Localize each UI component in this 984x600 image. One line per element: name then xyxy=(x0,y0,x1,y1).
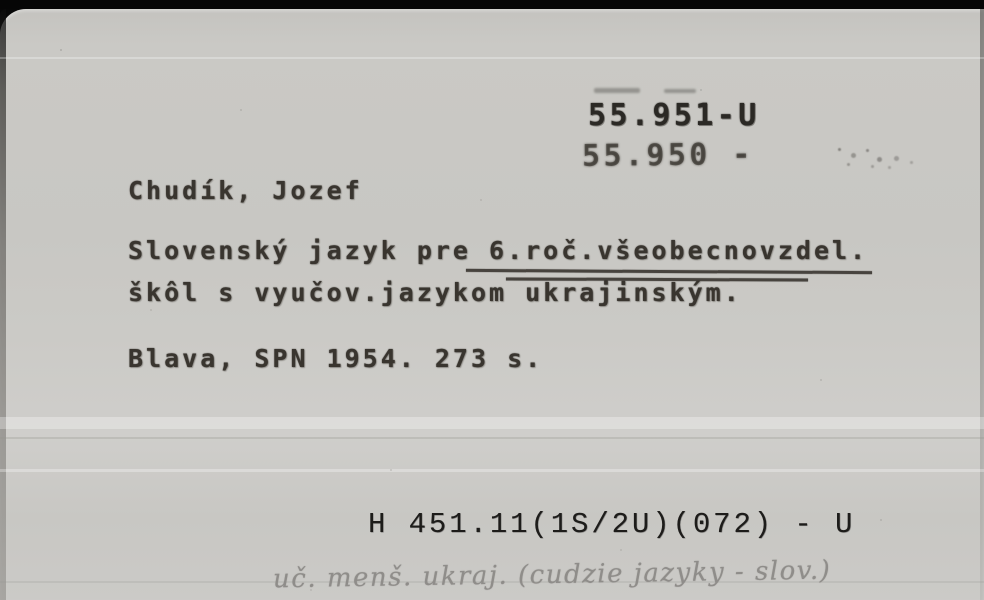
scan-right-edge xyxy=(980,9,984,600)
scan-top-edge xyxy=(0,0,984,9)
catalog-card: 55.951-U 55.950 - Chudík, Jozef Slovensk… xyxy=(0,9,984,600)
title-line-2-underlined: ukrajinským. xyxy=(525,278,742,307)
title-line-1-text: Slovenský jazyk pre xyxy=(128,236,489,265)
title-line-1-underlined: 6.roč.všeobecnovzdel. xyxy=(489,236,868,265)
classification-number-primary: 55.951-U xyxy=(588,98,760,133)
paper-crease xyxy=(0,469,984,472)
call-number: H 451.11(1S/2U)(072) - U xyxy=(368,508,855,541)
paper-crease xyxy=(0,417,984,429)
title-line-2-text: škôl s vyučov.jazykom xyxy=(128,278,525,307)
title-line-2: škôl s vyučov.jazykom ukrajinským. xyxy=(128,278,742,307)
scan-left-edge xyxy=(0,9,6,600)
handwritten-note: uč. menš. ukraj. (cudzie jazyky - slov.) xyxy=(273,556,832,595)
erased-text-smudge xyxy=(838,148,841,151)
classification-number-secondary: 55.950 - xyxy=(582,137,754,174)
paper-specks xyxy=(60,49,62,51)
paper-crease xyxy=(0,57,984,59)
paper-crease xyxy=(0,437,984,439)
erased-mark xyxy=(594,88,640,93)
author-heading: Chudík, Jozef xyxy=(128,176,363,205)
title-underline xyxy=(466,269,872,274)
title-line-1: Slovenský jazyk pre 6.roč.všeobecnovzdel… xyxy=(128,236,868,265)
erased-mark xyxy=(664,89,696,93)
imprint-line: Blava, SPN 1954. 273 s. xyxy=(128,344,543,373)
